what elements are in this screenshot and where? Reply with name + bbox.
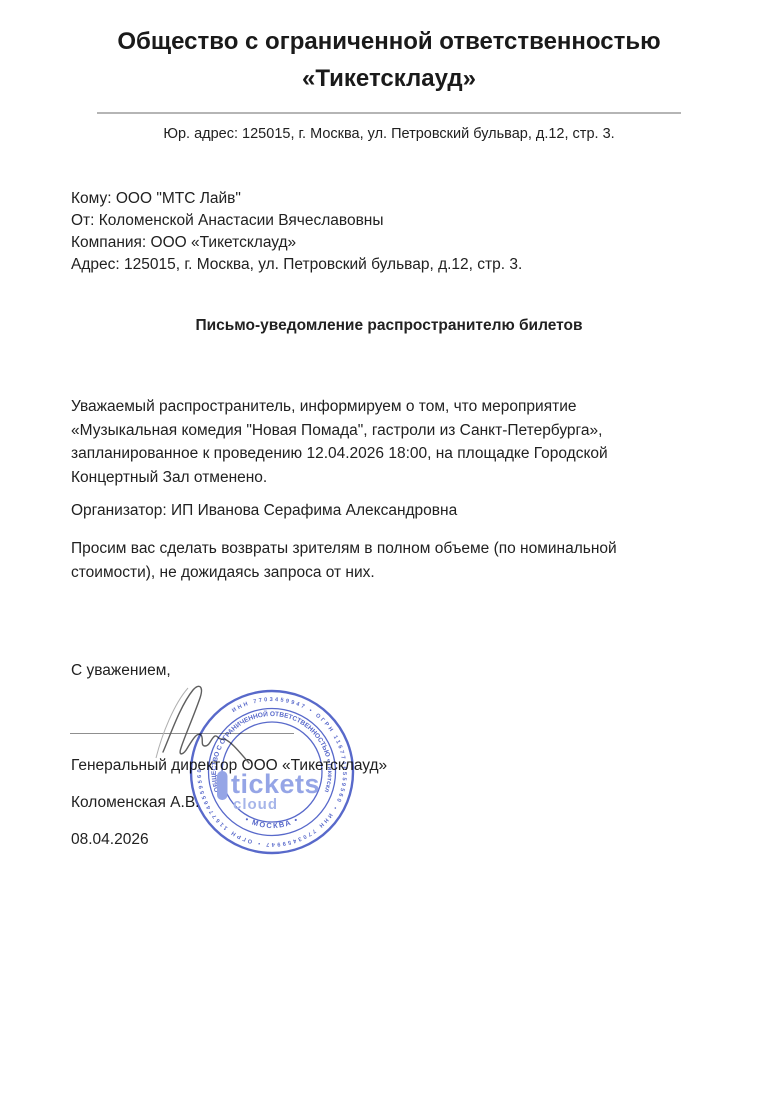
header-divider [97,112,681,114]
company-title-line2: «Тикетсклауд» [0,60,778,97]
letter-date: 08.04.2026 [71,831,149,849]
recipient-block: Кому: ООО "МТС Лайв" От: Коломенской Ана… [71,188,522,276]
letter-subject: Письмо-уведомление распространителю биле… [0,317,778,335]
company-title-line1: Общество с ограниченной ответственностью [0,23,778,60]
organizer-line: Организатор: ИП Иванова Серафима Алексан… [71,502,457,520]
body-paragraph-refunds: Просим вас сделать возвраты зрителям в п… [71,537,617,584]
page-title: Общество с ограниченной ответственностью… [0,23,778,97]
recipient-from: От: Коломенской Анастасии Вячеславовны [71,210,522,232]
stamp-city-text: • МОСКВА • [244,815,301,830]
legal-address: Юр. адрес: 125015, г. Москва, ул. Петров… [0,126,778,142]
recipient-address: Адрес: 125015, г. Москва, ул. Петровский… [71,254,522,276]
letter-page: Общество с ограниченной ответственностью… [0,0,778,1106]
signer-name: Коломенская А.В. [71,794,199,812]
stamp-logo-tickets: tickets [231,769,320,799]
body-paragraph-cancellation: Уважаемый распространитель, информируем … [71,395,608,489]
stamp-logo-cloud: cloud [233,796,278,813]
recipient-to: Кому: ООО "МТС Лайв" [71,188,522,210]
recipient-company: Компания: ООО «Тикетсклауд» [71,232,522,254]
stamp-logo-bar-icon [217,771,228,800]
company-stamp: ИНН 7703459947 • ОГРН 1167746559560 • ИН… [187,687,357,857]
